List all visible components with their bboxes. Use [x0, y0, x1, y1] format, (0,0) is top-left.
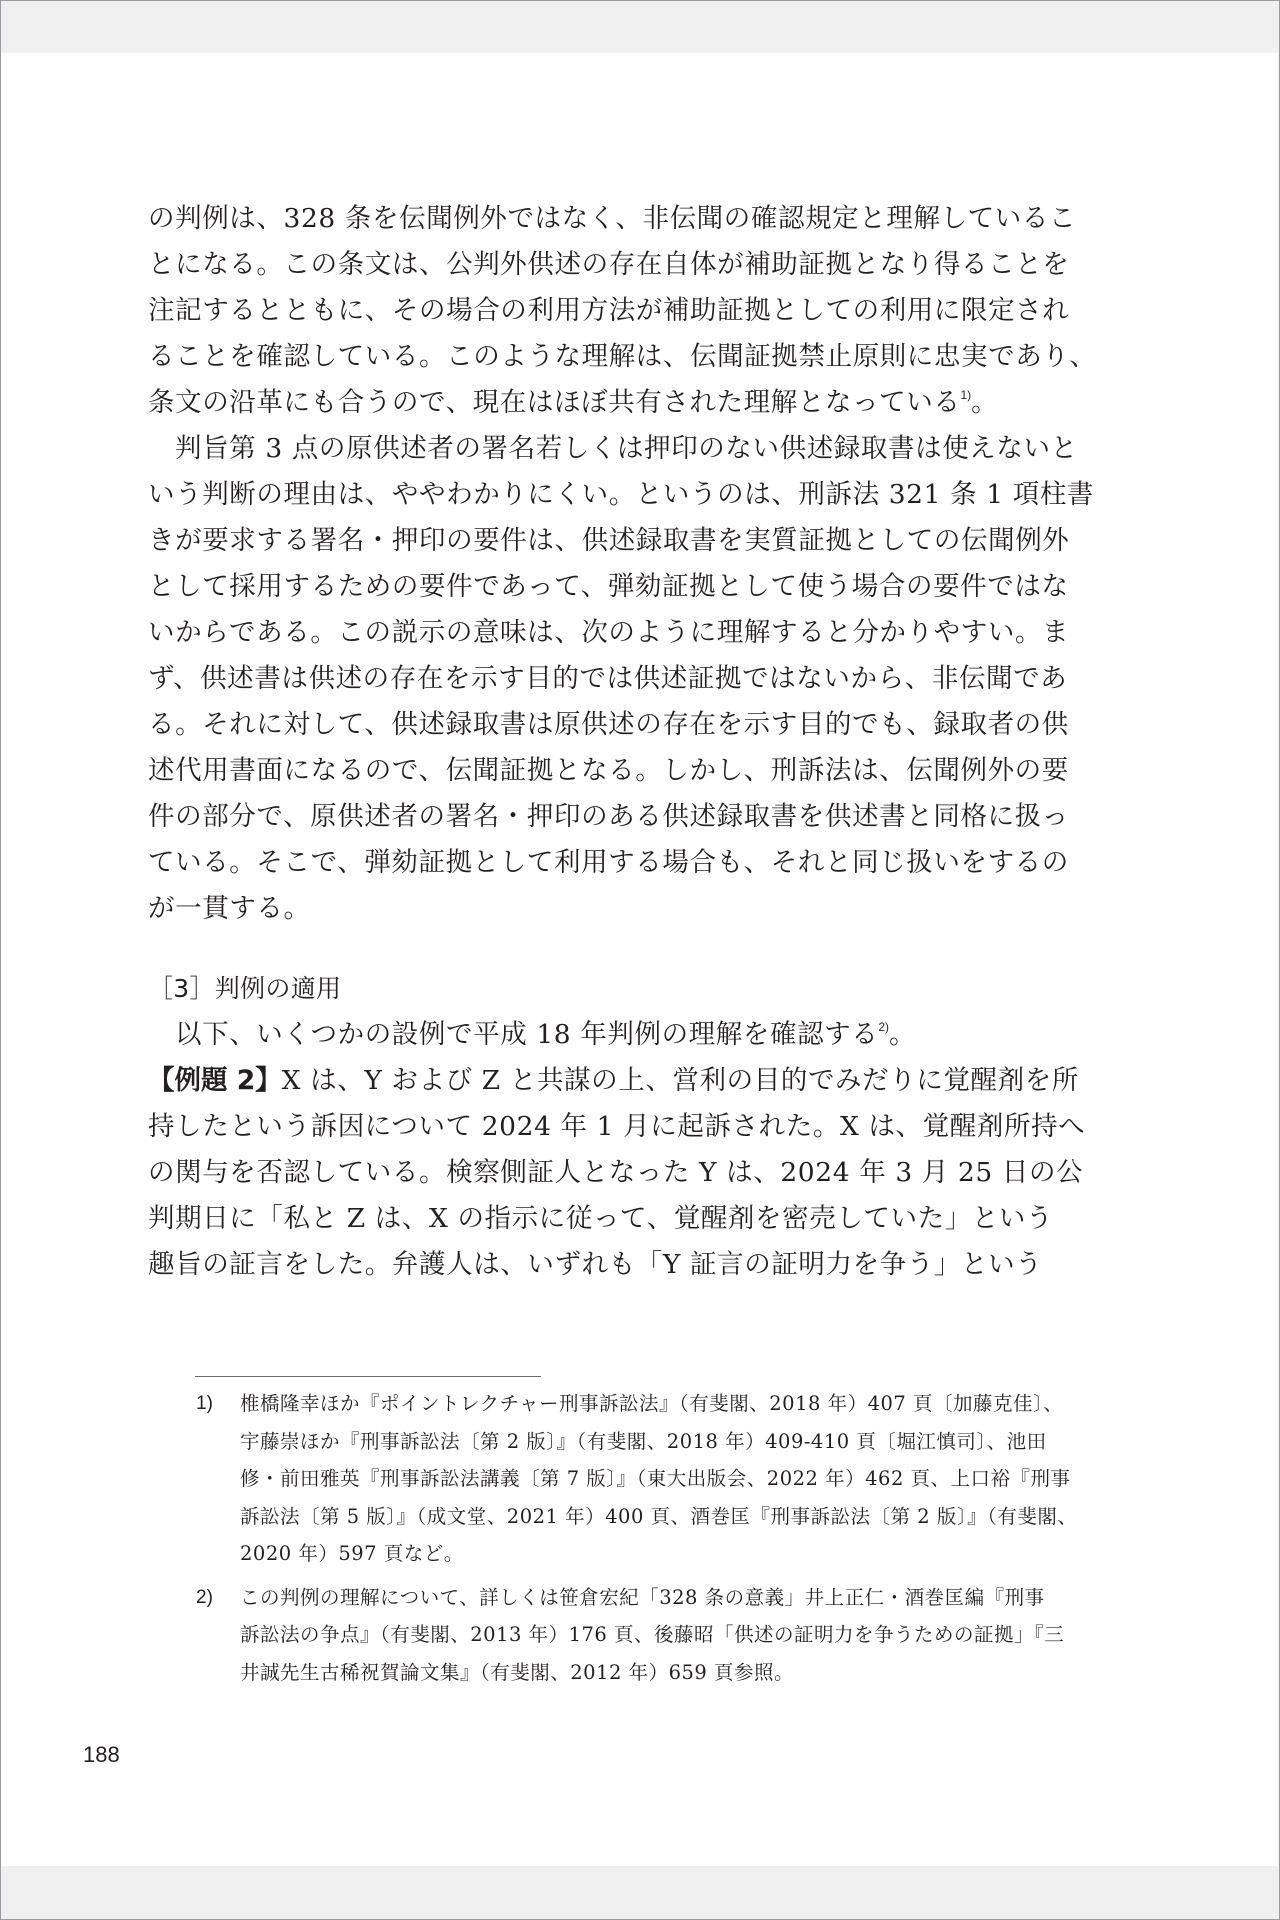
- footnote-line: この判例の理解について、詳しくは笹倉宏紀「328 条の意義」井上正仁・酒巻匡編『…: [196, 1579, 1096, 1617]
- footnote-number: 2): [196, 1579, 213, 1617]
- text-line: の関与を否認している。検察側証人となった Y は、2024 年 3 月 25 日…: [148, 1150, 1100, 1196]
- page-number: 188: [83, 1742, 120, 1768]
- text-line: 注記するとともに、その場合の利用方法が補助証拠としての利用に限定され: [148, 288, 1100, 334]
- text-segment: 。: [971, 387, 998, 418]
- text-line: ている。そこで、弾劾証拠として利用する場合も、それと同じ扱いをするの: [148, 840, 1100, 886]
- section-heading: ［3］判例の適用: [148, 966, 1100, 1012]
- section-spacer: [148, 932, 1100, 966]
- text-line: 件の部分で、原供述者の署名・押印のある供述録取書を供述書と同格に扱っ: [148, 794, 1100, 840]
- footnotes: 1) 椎橋隆幸ほか『ポイントレクチャー刑事訴訟法』（有斐閣、2018 年）407…: [196, 1385, 1096, 1697]
- footnote-line: 訴訟法〔第 5 版〕』（成文堂、2021 年）400 頁、酒巻匡『刑事訴訟法〔第…: [196, 1498, 1096, 1536]
- footnote-divider: [195, 1376, 541, 1377]
- text-line: 持したという訴因について 2024 年 1 月に起訴された。X は、覚醒剤所持へ: [148, 1104, 1100, 1150]
- text-line: 判期日に「私と Z は、X の指示に従って、覚醒剤を密売していた」という: [148, 1196, 1100, 1242]
- paragraph-3: 以下、いくつかの設例で平成 18 年判例の理解を確認する2)。: [148, 1012, 1100, 1058]
- text-line: いう判断の理由は、ややわかりにくい。というのは、刑訴法 321 条 1 項柱書: [148, 472, 1100, 518]
- text-line: 判旨第 3 点の原供述者の署名若しくは押印のない供述録取書は使えないと: [148, 426, 1100, 472]
- text-line: ることを確認している。このような理解は、伝聞証拠禁止原則に忠実であり、: [148, 334, 1100, 380]
- text-line: きが要求する署名・押印の要件は、供述録取書を実質証拠としての伝聞例外: [148, 518, 1100, 564]
- footnote-line: 宇藤崇ほか『刑事訴訟法〔第 2 版〕』（有斐閣、2018 年）409-410 頁…: [196, 1423, 1096, 1461]
- main-text: の判例は、328 条を伝聞例外ではなく、非伝聞の確認規定と理解しているこ とにな…: [148, 196, 1100, 1288]
- top-margin-band: [1, 1, 1278, 53]
- text-line: の判例は、328 条を伝聞例外ではなく、非伝聞の確認規定と理解しているこ: [148, 196, 1100, 242]
- footnote-line: 2020 年）597 頁など。: [196, 1535, 1096, 1573]
- footnote-ref-1[interactable]: 1): [960, 388, 971, 402]
- text-segment: 条文の沿革にも合うので、現在はほぼ共有された理解となっている: [148, 387, 960, 418]
- text-line: ず、供述書は供述の存在を示す目的では供述証拠ではないから、非伝聞であ: [148, 656, 1100, 702]
- footnote-2: 2) この判例の理解について、詳しくは笹倉宏紀「328 条の意義」井上正仁・酒巻…: [196, 1579, 1096, 1692]
- footnote-line: 修・前田雅英『刑事訴訟法講義〔第 7 版〕』（東大出版会、2022 年）462 …: [196, 1460, 1096, 1498]
- text-line: る。それに対して、供述録取書は原供述の存在を示す目的でも、録取者の供: [148, 702, 1100, 748]
- text-segment: 以下、いくつかの設例で平成 18 年判例の理解を確認する: [175, 1019, 878, 1050]
- footnote-line: 井誠先生古稀祝賀論文集』（有斐閣、2012 年）659 頁参照。: [196, 1654, 1096, 1692]
- footnote-line: 訴訟法の争点』（有斐閣、2013 年）176 頁、後藤昭「供述の証明力を争うため…: [196, 1616, 1096, 1654]
- text-line: 述代用書面になるので、伝聞証拠となる。しかし、刑訴法は、伝聞例外の要: [148, 748, 1100, 794]
- text-segment: X は、Y および Z と共謀の上、営利の目的でみだりに覚醒剤を所: [282, 1065, 1079, 1096]
- text-line: とになる。この条文は、公判外供述の存在自体が補助証拠となり得ることを: [148, 242, 1100, 288]
- bottom-margin-band: [1, 1866, 1278, 1919]
- text-line: 条文の沿革にも合うので、現在はほぼ共有された理解となっている1)。: [148, 380, 1100, 426]
- text-line: として採用するための要件であって、弾劾証拠として使う場合の要件ではな: [148, 564, 1100, 610]
- text-segment: 。: [889, 1019, 916, 1050]
- text-line: が一貫する。: [148, 886, 1100, 932]
- footnote-ref-2[interactable]: 2): [878, 1020, 889, 1034]
- footnote-line: 椎橋隆幸ほか『ポイントレクチャー刑事訴訟法』（有斐閣、2018 年）407 頁〔…: [196, 1385, 1096, 1423]
- text-line: いからである。この説示の意味は、次のように理解すると分かりやすい。ま: [148, 610, 1100, 656]
- text-line: 【例題 2】X は、Y および Z と共謀の上、営利の目的でみだりに覚醒剤を所: [148, 1058, 1100, 1104]
- paragraph-1: の判例は、328 条を伝聞例外ではなく、非伝聞の確認規定と理解しているこ とにな…: [148, 196, 1100, 426]
- paragraph-2: 判旨第 3 点の原供述者の署名若しくは押印のない供述録取書は使えないと いう判断…: [148, 426, 1100, 932]
- footnote-1: 1) 椎橋隆幸ほか『ポイントレクチャー刑事訴訟法』（有斐閣、2018 年）407…: [196, 1385, 1096, 1573]
- text-line: 趣旨の証言をした。弁護人は、いずれも「Y 証言の証明力を争う」という: [148, 1242, 1100, 1288]
- footnote-number: 1): [196, 1385, 213, 1423]
- example-2: 【例題 2】X は、Y および Z と共謀の上、営利の目的でみだりに覚醒剤を所 …: [148, 1058, 1100, 1288]
- example-label: 【例題 2】: [148, 1065, 282, 1096]
